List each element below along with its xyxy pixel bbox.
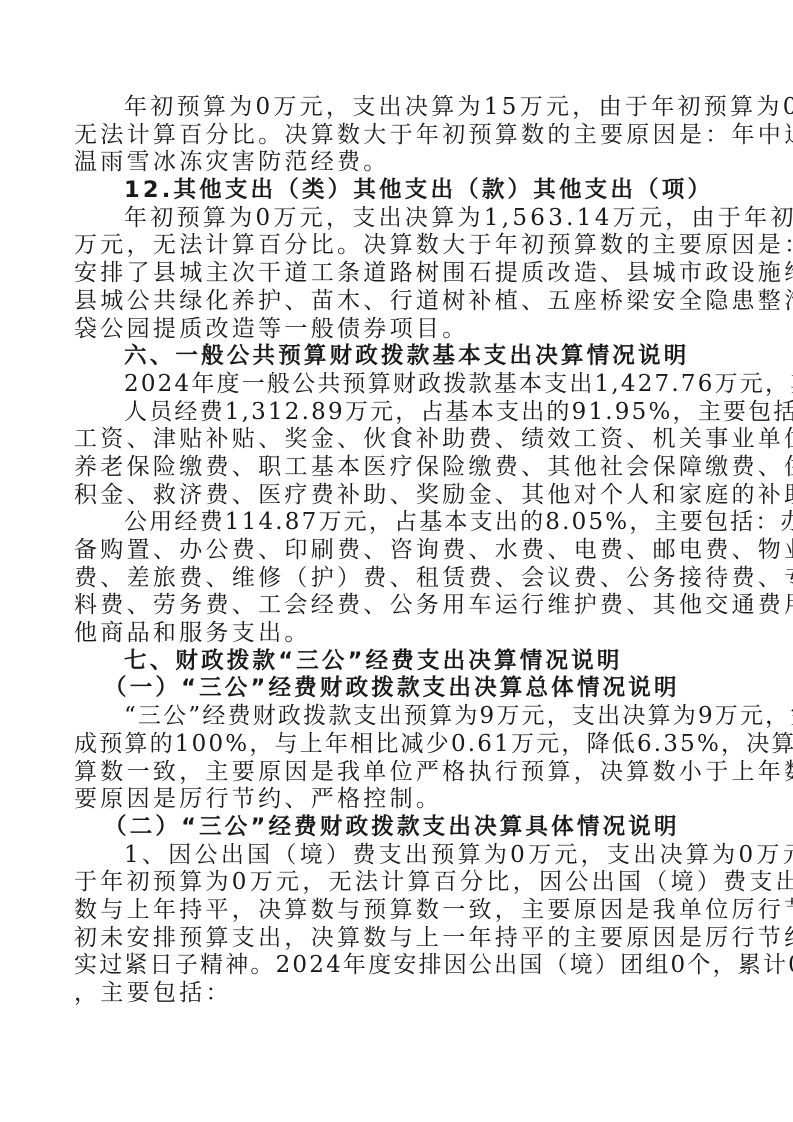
- text-line: 2024年度一般公共预算财政拨款基本支出1,427.76万元，其中：: [74, 371, 724, 399]
- paragraph-overseas-travel: 1、因公出国（境）费支出预算为0万元，支出决算为0万元，由 于年初预算为0万元，…: [74, 842, 724, 1008]
- text-line: 于年初预算为0万元，无法计算百分比，因公出国（境）费支出决算: [74, 869, 724, 897]
- text-line: 要原因是厉行节约、严格控制。: [74, 786, 724, 814]
- text-line: 工资、津贴补贴、奖金、伙食补助费、绩效工资、机关事业单位基本: [74, 426, 724, 454]
- section-heading-three-public: 七、财政拨款“三公”经费支出决算情况说明: [74, 648, 724, 676]
- text-line: 数与上年持平，决算数与预算数一致，主要原因是我单位厉行节约年: [74, 897, 724, 925]
- text-line: 公用经费114.87万元，占基本支出的8.05%，主要包括：办公设: [74, 509, 724, 537]
- text-line: 算数一致，主要原因是我单位严格执行预算，决算数小于上年数的主: [74, 759, 724, 787]
- paragraph-other-expenses: 年初预算为0万元，支出决算为1,563.14万元，由于年初预算为0 万元，无法计…: [74, 205, 724, 343]
- document-page: 年初预算为0万元，支出决算为15万元，由于年初预算为0万元， 无法计算百分比。决…: [74, 94, 724, 1008]
- text-line: 实过紧日子精神。2024年度安排因公出国（境）团组0个，累计0人次: [74, 952, 724, 980]
- section-heading-other-expenses: 12.其他支出（类）其他支出（款）其他支出（项）: [74, 177, 724, 205]
- text-line: 1、因公出国（境）费支出预算为0万元，支出决算为0万元，由: [74, 842, 724, 870]
- text-line: 料费、劳务费、工会经费、公务用车运行维护费、其他交通费用、其: [74, 592, 724, 620]
- text-line: ，主要包括：: [74, 980, 724, 1008]
- text-line: 初未安排预算支出，决算数与上一年持平的主要原因是厉行节约，落: [74, 925, 724, 953]
- text-line: 县城公共绿化养护、苗木、行道树补植、五座桥梁安全隐患整治、口: [74, 288, 724, 316]
- text-line: 年初预算为0万元，支出决算为1,563.14万元，由于年初预算为0: [74, 205, 724, 233]
- text-line: 他商品和服务支出。: [74, 620, 724, 648]
- text-line: 备购置、办公费、印刷费、咨询费、水费、电费、邮电费、物业管理: [74, 537, 724, 565]
- subsection-heading-overall: （一）“三公”经费财政拨款支出决算总体情况说明: [74, 675, 724, 703]
- text-line: 袋公园提质改造等一般债券项目。: [74, 316, 724, 344]
- text-line: 安排了县城主次干道工条道路树围石提质改造、县城市政设施维护、: [74, 260, 724, 288]
- subsection-heading-specific: （二）“三公”经费财政拨款支出决算具体情况说明: [74, 814, 724, 842]
- paragraph-three-public-overall: “三公”经费财政拨款支出预算为9万元，支出决算为9万元，完 成预算的100%，与…: [74, 703, 724, 814]
- text-line: 积金、救济费、医疗费补助、奖励金、其他对个人和家庭的补助。: [74, 482, 724, 510]
- text-line: 人员经费1,312.89万元，占基本支出的91.95%，主要包括：基本: [74, 399, 724, 427]
- text-line: 养老保险缴费、职工基本医疗保险缴费、其他社会保障缴费、住房公: [74, 454, 724, 482]
- text-line: 费、差旅费、维修（护）费、租赁费、会议费、公务接待费、专用材: [74, 565, 724, 593]
- section-heading-basic-expenditure: 六、一般公共预算财政拨款基本支出决算情况说明: [74, 343, 724, 371]
- text-line: 成预算的100%，与上年相比减少0.61万元，降低6.35%，决算数与预: [74, 731, 724, 759]
- text-line: 无法计算百分比。决算数大于年初预算数的主要原因是：年中追加低: [74, 122, 724, 150]
- text-line: 年初预算为0万元，支出决算为15万元，由于年初预算为0万元，: [74, 94, 724, 122]
- paragraph-expense-low-temp: 年初预算为0万元，支出决算为15万元，由于年初预算为0万元， 无法计算百分比。决…: [74, 94, 724, 177]
- paragraph-personnel-expenses: 人员经费1,312.89万元，占基本支出的91.95%，主要包括：基本 工资、津…: [74, 399, 724, 510]
- paragraph-basic-expenditure-total: 2024年度一般公共预算财政拨款基本支出1,427.76万元，其中：: [74, 371, 724, 399]
- text-line: “三公”经费财政拨款支出预算为9万元，支出决算为9万元，完: [74, 703, 724, 731]
- paragraph-public-expenses: 公用经费114.87万元，占基本支出的8.05%，主要包括：办公设 备购置、办公…: [74, 509, 724, 647]
- text-line: 万元，无法计算百分比。决算数大于年初预算数的主要原因是：本年: [74, 232, 724, 260]
- text-line: 温雨雪冰冻灾害防范经费。: [74, 149, 724, 177]
